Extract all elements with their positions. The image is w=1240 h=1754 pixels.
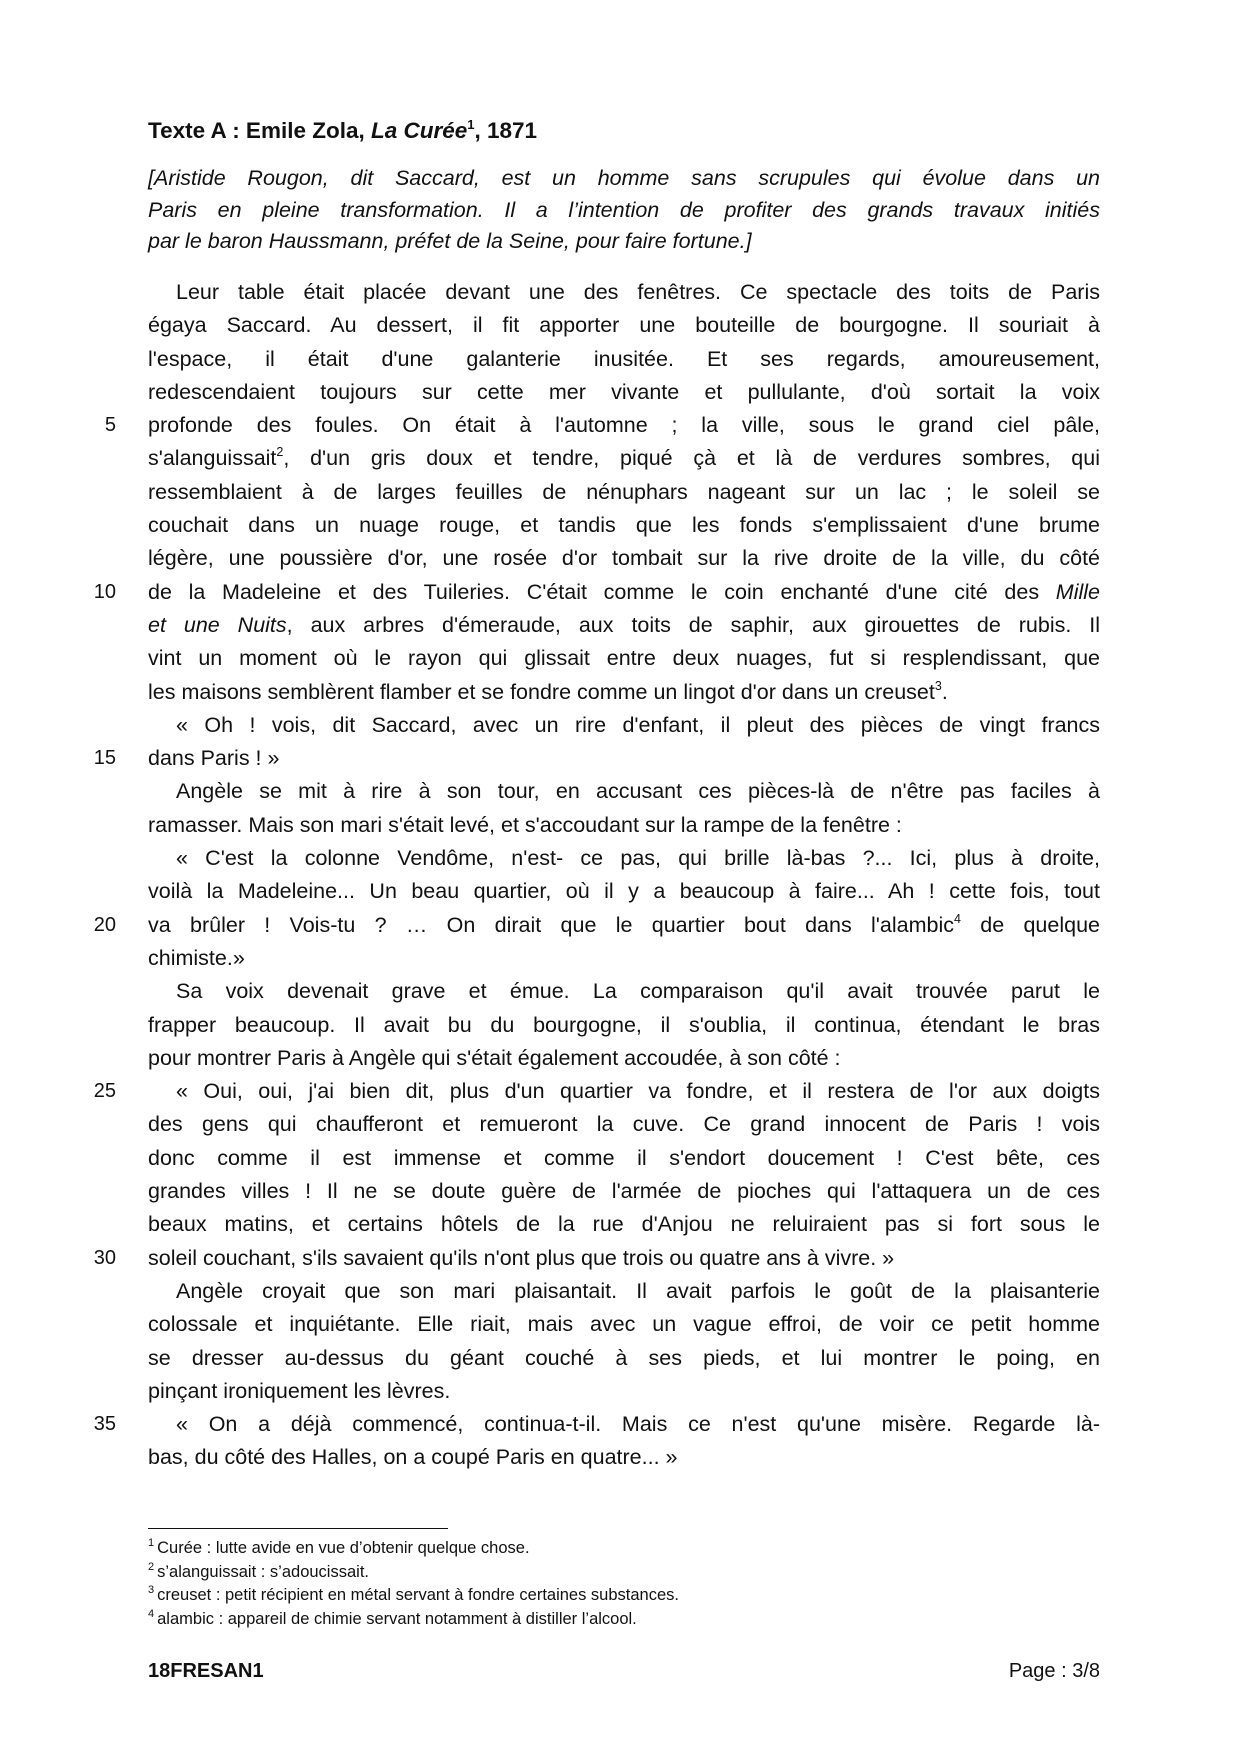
- line-text: soleil couchant, s'ils savaient qu'ils n…: [148, 1246, 894, 1270]
- line-content: de la Madeleine et des Tuileries. C'étai…: [148, 580, 1100, 604]
- line-content: égaya Saccard. Au dessert, il fit apport…: [148, 313, 1100, 337]
- footnote-number: 1: [148, 1537, 154, 1549]
- line-content: beaux matins, et certains hôtels de la r…: [148, 1212, 1100, 1236]
- line-text: Angèle se mit à rire à son tour, en accu…: [176, 779, 1100, 803]
- line-content: des gens qui chaufferont et remueront la…: [148, 1112, 1100, 1136]
- line-content: grandes villes ! Il ne se doute guère de…: [148, 1179, 1100, 1203]
- footnote: 2s’alanguissait : s’adoucissait.: [148, 1561, 679, 1585]
- line-content: « On a déjà commencé, continua-t-il. Mai…: [176, 1412, 1100, 1436]
- line-content: Sa voix devenait grave et émue. La compa…: [176, 979, 1100, 1003]
- line-text: , d'un gris doux et tendre, piqué çà et …: [283, 446, 1100, 470]
- line-text: Leur table était placée devant une des f…: [176, 280, 1100, 304]
- line-text: donc comme il est immense et comme il s'…: [148, 1146, 1100, 1170]
- text-line: Sa voix devenait grave et émue. La compa…: [148, 975, 1100, 1008]
- text-line: colossale et inquiétante. Elle riait, ma…: [148, 1308, 1100, 1341]
- line-content: les maisons semblèrent flamber et se fon…: [148, 680, 948, 704]
- exam-code: 18FRESAN1: [148, 1660, 264, 1683]
- footnote: 3creuset : petit récipient en métal serv…: [148, 1584, 679, 1608]
- title-prefix: Texte A : Emile Zola,: [148, 118, 371, 143]
- line-content: s'alanguissait2, d'un gris doux et tendr…: [148, 446, 1100, 470]
- line-text: redescendaient toujours sur cette mer vi…: [148, 380, 1100, 404]
- title-suffix: , 1871: [475, 118, 538, 143]
- footnote-ref: 4: [954, 912, 961, 926]
- text-line: se dresser au-dessus du géant couché à s…: [148, 1342, 1100, 1375]
- text-line: couchait dans un nuage rouge, et tandis …: [148, 509, 1100, 542]
- text-line: 5profonde des foules. On était à l'autom…: [148, 409, 1100, 442]
- line-text: Sa voix devenait grave et émue. La compa…: [176, 979, 1100, 1003]
- line-text: colossale et inquiétante. Elle riait, ma…: [148, 1312, 1100, 1336]
- line-text: « C'est la colonne Vendôme, n'est- ce pa…: [176, 846, 1100, 870]
- text-line: « C'est la colonne Vendôme, n'est- ce pa…: [148, 842, 1100, 875]
- title-footnote-ref: 1: [467, 117, 474, 132]
- text-line: « Oh ! vois, dit Saccard, avec un rire d…: [148, 709, 1100, 742]
- footnote: 1Curée : lutte avide en vue d’obtenir qu…: [148, 1537, 679, 1561]
- text-line: chimiste.»: [148, 942, 1100, 975]
- line-text: .: [942, 680, 948, 704]
- line-content: vint un moment où le rayon qui glissait …: [148, 646, 1100, 670]
- line-content: « Oui, oui, j'ai bien dit, plus d'un qua…: [176, 1079, 1100, 1103]
- line-text: bas, du côté des Halles, on a coupé Pari…: [148, 1445, 677, 1469]
- italic-title-fragment: Mille: [1056, 580, 1100, 604]
- line-text: frapper beaucoup. Il avait bu du bourgog…: [148, 1013, 1100, 1037]
- text-line: 25« Oui, oui, j'ai bien dit, plus d'un q…: [148, 1075, 1100, 1108]
- text-line: bas, du côté des Halles, on a coupé Pari…: [148, 1441, 1100, 1474]
- text-line: s'alanguissait2, d'un gris doux et tendr…: [148, 442, 1100, 475]
- line-text: de la Madeleine et des Tuileries. C'étai…: [148, 580, 1056, 604]
- line-content: pinçant ironiquement les lèvres.: [148, 1379, 450, 1403]
- line-text: « On a déjà commencé, continua-t-il. Mai…: [176, 1412, 1100, 1436]
- line-content: ramasser. Mais son mari s'était levé, et…: [148, 813, 902, 837]
- line-text-before-note: s'alanguissait: [148, 446, 276, 470]
- line-number: 35: [86, 1408, 116, 1441]
- document-page: Texte A : Emile Zola, La Curée1, 1871 [A…: [0, 0, 1240, 1754]
- footnote-number: 4: [148, 1608, 154, 1620]
- line-content: « C'est la colonne Vendôme, n'est- ce pa…: [176, 846, 1100, 870]
- footnote-ref: 3: [935, 679, 942, 693]
- footnotes: 1Curée : lutte avide en vue d’obtenir qu…: [148, 1537, 679, 1631]
- line-text-before-note: va brûler ! Vois-tu ? … On dirait que le…: [148, 913, 954, 937]
- line-content: dans Paris ! »: [148, 746, 279, 770]
- line-content: redescendaient toujours sur cette mer vi…: [148, 380, 1100, 404]
- text-line: 10de la Madeleine et des Tuileries. C'ét…: [148, 576, 1100, 609]
- line-text: couchait dans un nuage rouge, et tandis …: [148, 513, 1100, 537]
- line-text: « Oui, oui, j'ai bien dit, plus d'un qua…: [176, 1079, 1100, 1103]
- line-content: bas, du côté des Halles, on a coupé Pari…: [148, 1445, 677, 1469]
- line-text: chimiste.»: [148, 946, 245, 970]
- footnote-number: 3: [148, 1584, 154, 1596]
- line-text: vint un moment où le rayon qui glissait …: [148, 646, 1100, 670]
- line-content: colossale et inquiétante. Elle riait, ma…: [148, 1312, 1100, 1336]
- line-text: l'espace, il était d'une galanterie inus…: [148, 347, 1100, 371]
- footnote-number: 2: [148, 1561, 154, 1573]
- line-content: « Oh ! vois, dit Saccard, avec un rire d…: [176, 713, 1100, 737]
- line-content: chimiste.»: [148, 946, 245, 970]
- line-number: 20: [86, 909, 116, 942]
- line-content: pour montrer Paris à Angèle qui s'était …: [148, 1046, 841, 1070]
- line-content: voilà la Madeleine... Un beau quartier, …: [148, 879, 1100, 903]
- text-line: égaya Saccard. Au dessert, il fit apport…: [148, 309, 1100, 342]
- line-number: 10: [86, 576, 116, 609]
- text-line: vint un moment où le rayon qui glissait …: [148, 642, 1100, 675]
- line-content: donc comme il est immense et comme il s'…: [148, 1146, 1100, 1170]
- line-text: dans Paris ! »: [148, 746, 279, 770]
- line-content: légère, une poussière d'or, une rosée d'…: [148, 546, 1100, 570]
- line-text: pinçant ironiquement les lèvres.: [148, 1379, 450, 1403]
- line-number: 25: [86, 1075, 116, 1108]
- text-line: redescendaient toujours sur cette mer vi…: [148, 376, 1100, 409]
- text-line: grandes villes ! Il ne se doute guère de…: [148, 1175, 1100, 1208]
- text-line: ramasser. Mais son mari s'était levé, et…: [148, 809, 1100, 842]
- text-line: et une Nuits, aux arbres d'émeraude, aux…: [148, 609, 1100, 642]
- line-text: Angèle croyait que son mari plaisantait.…: [176, 1279, 1100, 1303]
- line-content: l'espace, il était d'une galanterie inus…: [148, 347, 1100, 371]
- footnote-text: alambic : appareil de chimie servant not…: [157, 1610, 637, 1628]
- line-text: ressemblaient à de larges feuilles de né…: [148, 480, 1100, 504]
- line-text: , aux arbres d'émeraude, aux toits de sa…: [287, 613, 1100, 637]
- text-line: beaux matins, et certains hôtels de la r…: [148, 1208, 1100, 1241]
- line-text: ramasser. Mais son mari s'était levé, et…: [148, 813, 902, 837]
- text-line: des gens qui chaufferont et remueront la…: [148, 1108, 1100, 1141]
- text-line: 20va brûler ! Vois-tu ? … On dirait que …: [148, 909, 1100, 942]
- line-text: grandes villes ! Il ne se doute guère de…: [148, 1179, 1100, 1203]
- line-content: Angèle se mit à rire à son tour, en accu…: [176, 779, 1100, 803]
- line-number: 5: [86, 409, 116, 442]
- text-line: les maisons semblèrent flamber et se fon…: [148, 676, 1100, 709]
- text-line: voilà la Madeleine... Un beau quartier, …: [148, 875, 1100, 908]
- footnote-separator: [148, 1528, 448, 1529]
- line-content: se dresser au-dessus du géant couché à s…: [148, 1346, 1100, 1370]
- intro-paragraph: [Aristide Rougon, dit Saccard, est un ho…: [148, 163, 1100, 258]
- line-text: égaya Saccard. Au dessert, il fit apport…: [148, 313, 1100, 337]
- text-line: 35« On a déjà commencé, continua-t-il. M…: [148, 1408, 1100, 1441]
- footnote: 4alambic : appareil de chimie servant no…: [148, 1608, 679, 1632]
- text-line: pour montrer Paris à Angèle qui s'était …: [148, 1042, 1100, 1075]
- italic-title-fragment: et une Nuits: [148, 613, 287, 637]
- line-content: et une Nuits, aux arbres d'émeraude, aux…: [148, 613, 1100, 637]
- text-title: Texte A : Emile Zola, La Curée1, 1871: [148, 118, 537, 144]
- line-content: frapper beaucoup. Il avait bu du bourgog…: [148, 1013, 1100, 1037]
- line-content: profonde des foules. On était à l'automn…: [148, 413, 1100, 437]
- text-line: Leur table était placée devant une des f…: [148, 276, 1100, 309]
- line-content: Leur table était placée devant une des f…: [176, 280, 1100, 304]
- page-number: Page : 3/8: [1009, 1660, 1100, 1683]
- line-text-before-note: les maisons semblèrent flamber et se fon…: [148, 680, 935, 704]
- excerpt-body: Leur table était placée devant une des f…: [148, 276, 1100, 1475]
- text-line: 15dans Paris ! »: [148, 742, 1100, 775]
- text-line: pinçant ironiquement les lèvres.: [148, 1375, 1100, 1408]
- line-text: de quelque: [961, 913, 1100, 937]
- footnote-text: s’alanguissait : s’adoucissait.: [157, 1563, 369, 1581]
- line-text: beaux matins, et certains hôtels de la r…: [148, 1212, 1100, 1236]
- line-text: voilà la Madeleine... Un beau quartier, …: [148, 879, 1100, 903]
- intro-line: par le baron Haussmann, préfet de la Sei…: [148, 226, 1100, 258]
- line-content: Angèle croyait que son mari plaisantait.…: [176, 1279, 1100, 1303]
- line-content: ressemblaient à de larges feuilles de né…: [148, 480, 1100, 504]
- line-text: se dresser au-dessus du géant couché à s…: [148, 1346, 1100, 1370]
- text-line: ressemblaient à de larges feuilles de né…: [148, 476, 1100, 509]
- line-content: va brûler ! Vois-tu ? … On dirait que le…: [148, 913, 1100, 937]
- footnote-text: creuset : petit récipient en métal serva…: [157, 1586, 679, 1604]
- intro-line: Paris en pleine transformation. Il a l’i…: [148, 195, 1100, 227]
- line-content: soleil couchant, s'ils savaient qu'ils n…: [148, 1246, 894, 1270]
- text-line: 30soleil couchant, s'ils savaient qu'ils…: [148, 1242, 1100, 1275]
- title-work: La Curée: [371, 118, 467, 143]
- text-line: donc comme il est immense et comme il s'…: [148, 1142, 1100, 1175]
- text-line: frapper beaucoup. Il avait bu du bourgog…: [148, 1009, 1100, 1042]
- text-line: l'espace, il était d'une galanterie inus…: [148, 343, 1100, 376]
- line-text: légère, une poussière d'or, une rosée d'…: [148, 546, 1100, 570]
- line-text: « Oh ! vois, dit Saccard, avec un rire d…: [176, 713, 1100, 737]
- footnote-text: Curée : lutte avide en vue d’obtenir que…: [157, 1539, 529, 1557]
- intro-line: [Aristide Rougon, dit Saccard, est un ho…: [148, 163, 1100, 195]
- line-text: des gens qui chaufferont et remueront la…: [148, 1112, 1100, 1136]
- line-text: profonde des foules. On était à l'automn…: [148, 413, 1100, 437]
- text-line: Angèle se mit à rire à son tour, en accu…: [148, 775, 1100, 808]
- text-line: Angèle croyait que son mari plaisantait.…: [148, 1275, 1100, 1308]
- line-number: 15: [86, 742, 116, 775]
- line-text: pour montrer Paris à Angèle qui s'était …: [148, 1046, 841, 1070]
- text-line: légère, une poussière d'or, une rosée d'…: [148, 542, 1100, 575]
- line-number: 30: [86, 1242, 116, 1275]
- line-content: couchait dans un nuage rouge, et tandis …: [148, 513, 1100, 537]
